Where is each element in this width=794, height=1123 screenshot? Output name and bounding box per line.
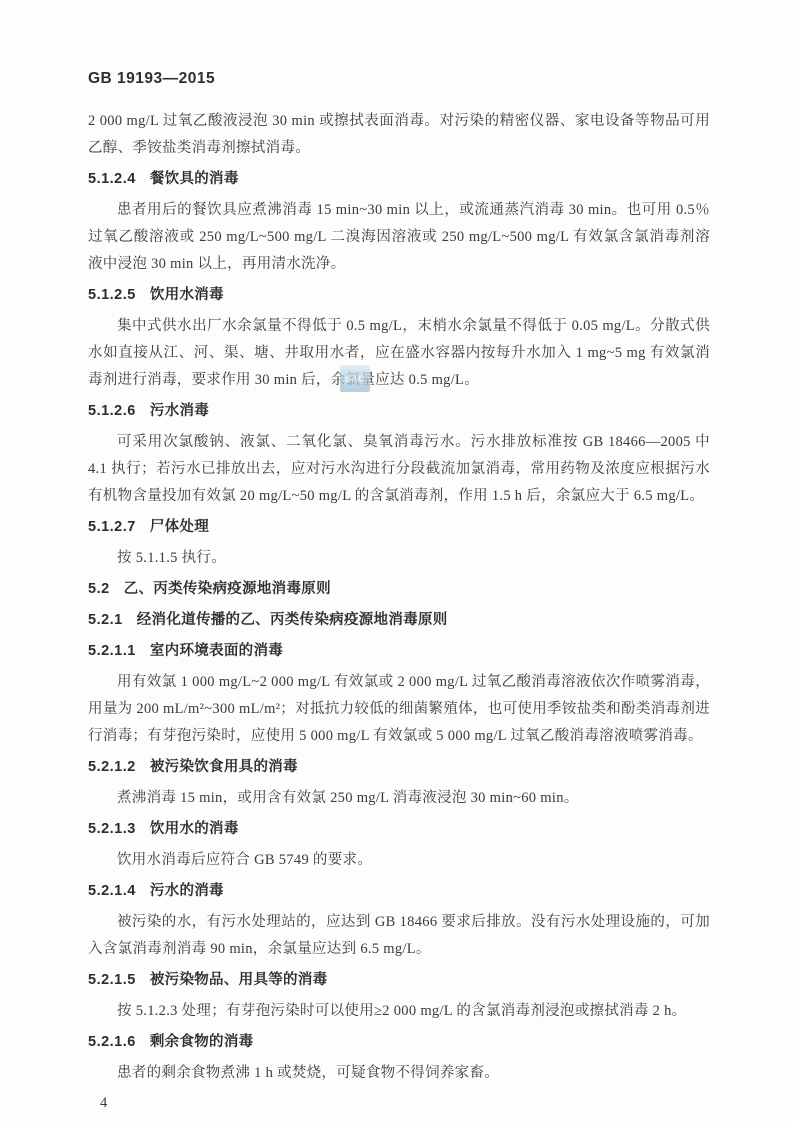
paragraph: 煮沸消毒 15 min，或用含有效氯 250 mg/L 消毒液浸泡 30 min…	[88, 785, 710, 812]
section-heading: 5.2.1.4污水的消毒	[88, 878, 710, 905]
section-number: 5.2	[88, 576, 110, 603]
document-body: 2 000 mg/L 过氧乙酸液浸泡 30 min 或擦拭表面消毒。对污染的精密…	[88, 108, 710, 1087]
section-title: 污水消毒	[150, 403, 209, 419]
section-title: 剩余食物的消毒	[150, 1034, 254, 1050]
page-number: 4	[100, 1093, 710, 1113]
section-title: 经消化道传播的乙、丙类传染病疫源地消毒原则	[137, 612, 448, 628]
paragraph: 饮用水消毒后应符合 GB 5749 的要求。	[88, 847, 710, 874]
section-heading: 5.1.2.7尸体处理	[88, 514, 710, 541]
section-number: 5.2.1.3	[88, 816, 136, 843]
section-number: 5.2.1.5	[88, 967, 136, 994]
section-number: 5.2.1.4	[88, 878, 136, 905]
section-title: 尸体处理	[150, 519, 209, 535]
section-title: 乙、丙类传染病疫源地消毒原则	[124, 581, 331, 597]
paragraph: 2 000 mg/L 过氧乙酸液浸泡 30 min 或擦拭表面消毒。对污染的精密…	[88, 108, 710, 162]
section-heading: 5.2.1.1室内环境表面的消毒	[88, 638, 710, 665]
section-title: 被污染饮食用具的消毒	[150, 759, 298, 775]
section-title: 室内环境表面的消毒	[150, 643, 283, 659]
section-heading: 5.1.2.5饮用水消毒	[88, 282, 710, 309]
section-heading: 5.2乙、丙类传染病疫源地消毒原则	[88, 576, 710, 603]
section-number: 5.1.2.4	[88, 166, 136, 193]
section-number: 5.1.2.5	[88, 282, 136, 309]
section-heading: 5.2.1.6剩余食物的消毒	[88, 1029, 710, 1056]
document-page: GB 19193—2015 2 000 mg/L 过氧乙酸液浸泡 30 min …	[0, 0, 794, 1123]
paragraph: 患者用后的餐饮具应煮沸消毒 15 min~30 min 以上，或流通蒸汽消毒 3…	[88, 197, 710, 278]
section-number: 5.2.1.2	[88, 754, 136, 781]
section-title: 饮用水的消毒	[150, 821, 239, 837]
section-number: 5.2.1.6	[88, 1029, 136, 1056]
paragraph: 用有效氯 1 000 mg/L~2 000 mg/L 有效氯或 2 000 mg…	[88, 669, 710, 750]
paragraph: 被污染的水，有污水处理站的，应达到 GB 18466 要求后排放。没有污水处理设…	[88, 909, 710, 963]
section-title: 饮用水消毒	[150, 287, 224, 303]
paragraph: 患者的剩余食物煮沸 1 h 或焚烧，可疑食物不得饲养家畜。	[88, 1060, 710, 1087]
paragraph: 按 5.1.1.5 执行。	[88, 545, 710, 572]
paragraph: 可采用次氯酸钠、液氯、二氧化氯、臭氧消毒污水。污水排放标准按 GB 18466—…	[88, 429, 710, 510]
section-heading: 5.2.1.2被污染饮食用具的消毒	[88, 754, 710, 781]
section-number: 5.2.1	[88, 607, 123, 634]
section-title: 污水的消毒	[150, 883, 224, 899]
section-heading: 5.1.2.4餐饮具的消毒	[88, 166, 710, 193]
section-heading: 5.2.1.5被污染物品、用具等的消毒	[88, 967, 710, 994]
paragraph: 集中式供水出厂水余氯量不得低于 0.5 mg/L，末梢水余氯量不得低于 0.05…	[88, 313, 710, 394]
section-number: 5.1.2.7	[88, 514, 136, 541]
section-heading: 5.1.2.6污水消毒	[88, 398, 710, 425]
paragraph: 按 5.1.2.3 处理；有芽孢污染时可以使用≥2 000 mg/L 的含氯消毒…	[88, 998, 710, 1025]
section-heading: 5.2.1.3饮用水的消毒	[88, 816, 710, 843]
section-title: 餐饮具的消毒	[150, 171, 239, 187]
section-heading: 5.2.1经消化道传播的乙、丙类传染病疫源地消毒原则	[88, 607, 710, 634]
section-number: 5.1.2.6	[88, 398, 136, 425]
section-title: 被污染物品、用具等的消毒	[150, 972, 328, 988]
section-number: 5.2.1.1	[88, 638, 136, 665]
standard-number-header: GB 19193—2015	[88, 70, 710, 88]
